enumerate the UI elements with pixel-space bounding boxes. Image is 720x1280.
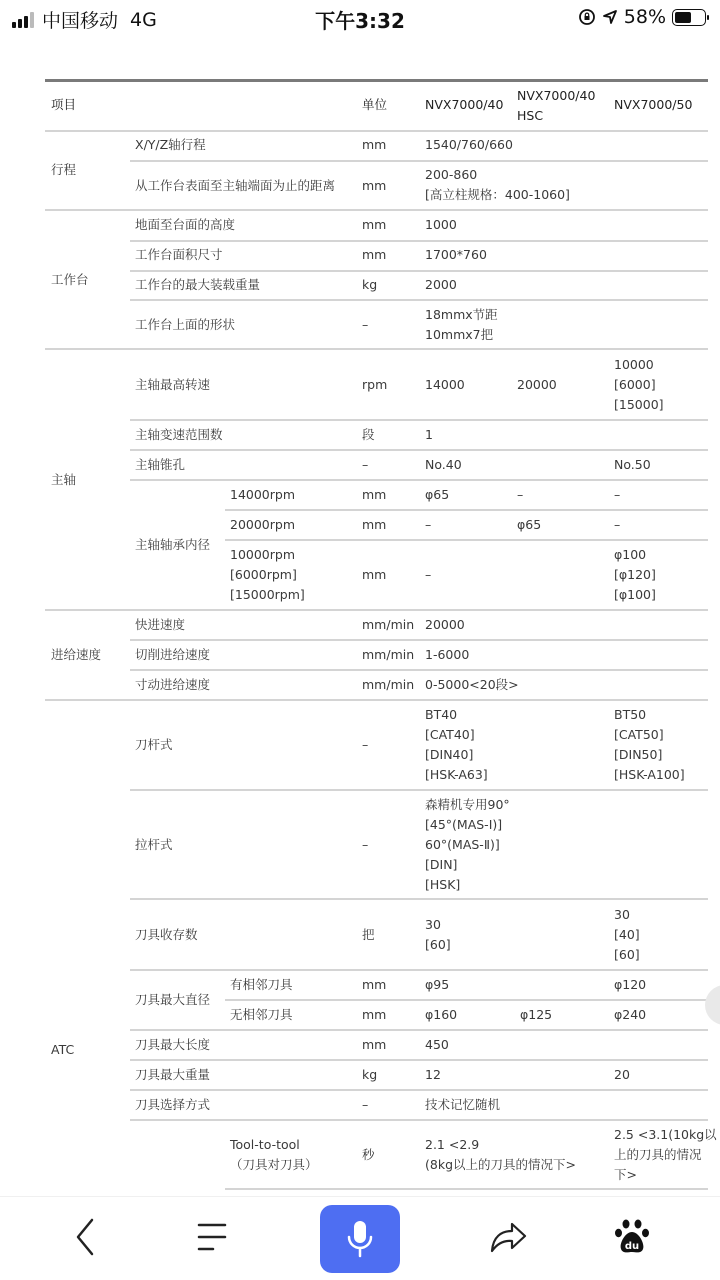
row-unit: mm (362, 135, 386, 155)
row-unit: – (362, 315, 368, 335)
row-label: 从工作台表面至主轴端面为止的距离 (135, 176, 335, 196)
row-value: 技术记忆随机 (425, 1095, 500, 1115)
row-value: 60°(MAS-Ⅱ)] (425, 835, 500, 855)
bottom-nav: du (0, 1196, 720, 1280)
svg-text:du: du (625, 1241, 639, 1252)
divider (45, 348, 708, 350)
row-unit: mm (362, 975, 386, 995)
row-unit: – (362, 735, 368, 755)
row-value: (8kg以上的刀具的情况下> (425, 1155, 576, 1175)
row-unit: mm (362, 565, 386, 585)
row-label: 工作台的最大装载重量 (135, 275, 260, 295)
row-value: [60] (425, 935, 451, 955)
row-label: 快进速度 (135, 615, 185, 635)
menu-icon (195, 1220, 229, 1254)
row-value: BT50 (614, 705, 646, 725)
voice-search-button[interactable] (320, 1205, 400, 1273)
divider (225, 539, 708, 541)
row-label: 寸动进给速度 (135, 675, 210, 695)
row-value: – (425, 565, 431, 585)
divider (130, 1029, 708, 1031)
group-spindle: 主轴 (51, 470, 76, 490)
divider (130, 479, 708, 481)
row-label: X/Y/Z轴行程 (135, 135, 206, 155)
spec-table: 项目 单位 NVX7000/40 NVX7000/40 HSC NVX7000/… (0, 0, 720, 1195)
group-atc: ATC (51, 1040, 74, 1060)
row-value: φ160 (425, 1005, 457, 1025)
header-col3: NVX7000/50 (614, 95, 692, 115)
row-label: 刀杆式 (135, 735, 173, 755)
divider (130, 270, 708, 272)
row-label: 工作台上面的形状 (135, 315, 235, 335)
row-value: φ120 (614, 975, 646, 995)
row-unit: – (362, 835, 368, 855)
baidu-paw-icon: du (614, 1218, 650, 1256)
row-sublabel: 14000rpm (230, 485, 295, 505)
row-value: 上的刀具的情况 (614, 1145, 702, 1165)
row-unit: mm (362, 1035, 386, 1055)
divider (225, 999, 708, 1001)
header-col2-line2: HSC (517, 106, 543, 126)
row-value: 450 (425, 1035, 449, 1055)
row-value: – (425, 515, 431, 535)
row-value: – (614, 515, 620, 535)
divider (45, 609, 708, 611)
row-value: 20000 (517, 375, 557, 395)
row-value: [DIN40] (425, 745, 473, 765)
row-label: 切削进给速度 (135, 645, 210, 665)
row-unit: kg (362, 275, 377, 295)
row-value: 1700*760 (425, 245, 487, 265)
row-unit: rpm (362, 375, 387, 395)
divider (130, 449, 708, 451)
row-value: [HSK-A63] (425, 765, 488, 785)
row-value: 10000 (614, 355, 654, 375)
microphone-icon (344, 1219, 376, 1259)
back-icon (70, 1217, 100, 1257)
baidu-button[interactable]: du (602, 1207, 662, 1267)
row-value: 10mmx7把 (425, 325, 493, 345)
back-button[interactable] (55, 1207, 115, 1267)
row-sublabel: 10000rpm (230, 545, 295, 565)
row-value: [DIN] (425, 855, 457, 875)
share-icon (488, 1219, 528, 1255)
row-value: No.50 (614, 455, 651, 475)
row-unit: mm (362, 1005, 386, 1025)
group-travel: 行程 (51, 160, 76, 180)
divider (130, 789, 708, 791)
row-unit: mm/min (362, 615, 414, 635)
row-value: [HSK-A100] (614, 765, 685, 785)
divider (130, 898, 708, 900)
row-value: BT40 (425, 705, 457, 725)
divider (130, 639, 708, 641)
row-value: [φ120] (614, 565, 656, 585)
row-label: 刀具最大重量 (135, 1065, 210, 1085)
row-value: φ65 (425, 485, 449, 505)
row-sublabel: 无相邻刀具 (230, 1005, 293, 1025)
header-item: 项目 (51, 95, 76, 115)
row-unit: mm (362, 485, 386, 505)
divider (130, 1119, 708, 1121)
row-label: 主轴最高转速 (135, 375, 210, 395)
row-value: 14000 (425, 375, 465, 395)
row-value: φ100 (614, 545, 646, 565)
row-label: 工作台面积尺寸 (135, 245, 223, 265)
row-value: φ240 (614, 1005, 646, 1025)
row-unit: kg (362, 1065, 377, 1085)
row-unit: mm (362, 515, 386, 535)
row-value: 2000 (425, 275, 457, 295)
row-unit: – (362, 1095, 368, 1115)
row-label: 拉杆式 (135, 835, 173, 855)
row-sublabel: 有相邻刀具 (230, 975, 293, 995)
divider (225, 509, 708, 511)
divider (45, 699, 708, 701)
row-value: 20 (614, 1065, 630, 1085)
row-value: 12 (425, 1065, 441, 1085)
row-value: φ125 (520, 1005, 552, 1025)
header-col1: NVX7000/40 (425, 95, 503, 115)
row-label: 主轴锥孔 (135, 455, 185, 475)
row-sublabel: （刀具对刀具） (230, 1155, 318, 1175)
row-value: 2.5 <3.1(10kg以 (614, 1125, 717, 1145)
row-sublabel: 20000rpm (230, 515, 295, 535)
row-value: – (517, 485, 523, 505)
row-value: [15000] (614, 395, 664, 415)
header-unit: 单位 (362, 95, 387, 115)
row-unit: 段 (362, 425, 375, 445)
row-value: 18mmx节距 (425, 305, 498, 325)
divider (130, 669, 708, 671)
row-label: 刀具收存数 (135, 925, 198, 945)
row-label: 刀具选择方式 (135, 1095, 210, 1115)
divider (130, 1089, 708, 1091)
row-value: [DIN50] (614, 745, 662, 765)
row-value: 1 (425, 425, 433, 445)
row-label: 地面至台面的高度 (135, 215, 235, 235)
row-value: 森精机专用90° (425, 795, 510, 815)
row-unit: 秒 (362, 1145, 375, 1165)
divider (130, 299, 708, 301)
row-value: [40] (614, 925, 640, 945)
row-unit: 把 (362, 925, 375, 945)
row-value: [HSK] (425, 875, 460, 895)
row-value: [CAT40] (425, 725, 475, 745)
row-unit: mm/min (362, 645, 414, 665)
row-sublabel: Tool-to-tool (230, 1135, 300, 1155)
row-label: 刀具最大长度 (135, 1035, 210, 1055)
divider (225, 1188, 708, 1190)
row-value: 1540/760/660 (425, 135, 513, 155)
row-value: 1000 (425, 215, 457, 235)
row-label: 主轴变速范围数 (135, 425, 223, 445)
menu-button[interactable] (182, 1207, 242, 1267)
divider (130, 1059, 708, 1061)
row-unit: mm (362, 215, 386, 235)
row-value: φ65 (517, 515, 541, 535)
divider (130, 419, 708, 421)
group-table: 工作台 (51, 270, 89, 290)
row-value: – (614, 485, 620, 505)
divider (45, 209, 708, 211)
row-sublabel: [6000rpm] (230, 565, 297, 585)
divider (130, 160, 708, 162)
row-value: [6000] (614, 375, 656, 395)
divider (45, 130, 708, 132)
row-value: 0-5000<20段> (425, 675, 519, 695)
divider (130, 240, 708, 242)
row-unit: mm/min (362, 675, 414, 695)
row-unit: – (362, 455, 368, 475)
table-top-border (45, 79, 708, 82)
row-value: [60] (614, 945, 640, 965)
row-value: [φ100] (614, 585, 656, 605)
share-button[interactable] (478, 1207, 538, 1267)
row-label: 刀具最大直径 (135, 990, 210, 1010)
row-value: 1-6000 (425, 645, 469, 665)
header-col2-line1: NVX7000/40 (517, 86, 595, 106)
row-unit: mm (362, 245, 386, 265)
group-feed: 进给速度 (51, 645, 101, 665)
row-sublabel: [15000rpm] (230, 585, 305, 605)
row-value: φ95 (425, 975, 449, 995)
row-label: 主轴轴承内径 (135, 535, 210, 555)
row-unit: mm (362, 176, 386, 196)
row-value: No.40 (425, 455, 462, 475)
row-value: [45°(MAS-Ⅰ)] (425, 815, 502, 835)
row-value: 2.1 <2.9 (425, 1135, 479, 1155)
row-value: [CAT50] (614, 725, 664, 745)
row-value: 下> (614, 1165, 637, 1185)
divider (130, 969, 708, 971)
row-value: 30 (425, 915, 441, 935)
row-value: 30 (614, 905, 630, 925)
row-value: [高立柱规格：400-1060] (425, 185, 570, 205)
row-value: 200-860 (425, 165, 477, 185)
row-value: 20000 (425, 615, 465, 635)
